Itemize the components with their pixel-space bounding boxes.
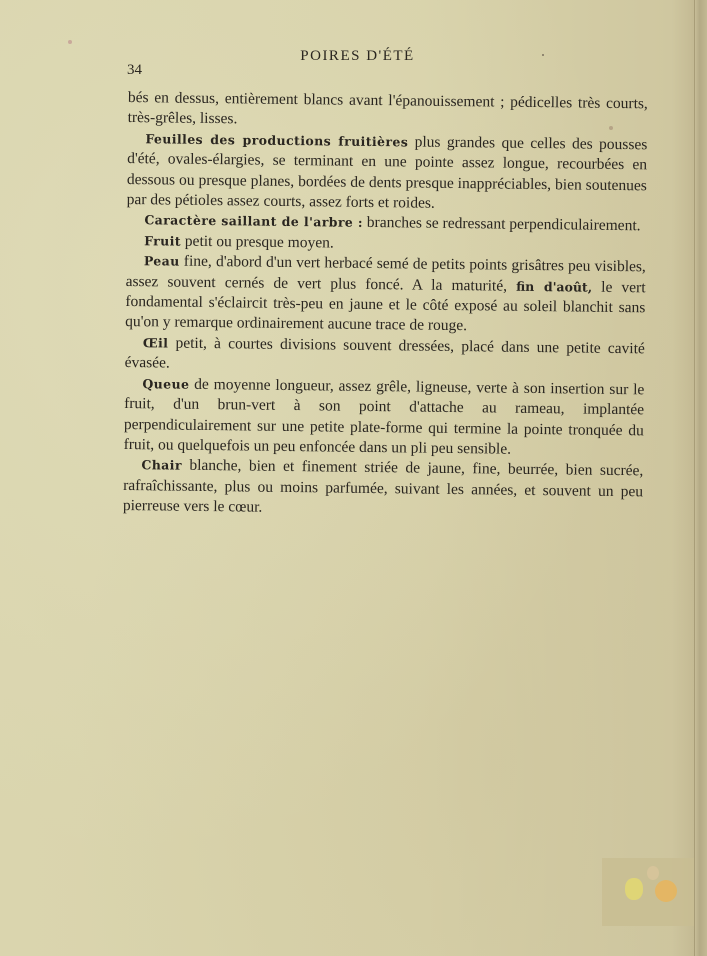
paragraph-label: Feuilles des productions fruitières <box>145 131 408 149</box>
paragraph-label: Fruit <box>144 233 181 248</box>
paragraph-oeil: Œil petit, à courtes divisions souvent d… <box>125 333 645 380</box>
paragraph-text: petit, à courtes divisions souvent dress… <box>125 334 645 371</box>
paragraph-text: blanche, bien et finement striée de jaun… <box>123 457 644 516</box>
body-text: bés en dessus, entièrement blancs avant … <box>123 88 648 523</box>
paragraph-chair: Chair blanche, bien et finement striée d… <box>123 455 644 523</box>
paragraph-text: branches se redressant perpendiculaireme… <box>363 214 641 234</box>
paragraph-continuation: bés en dessus, entièrement blancs avant … <box>128 88 648 135</box>
paper-stain <box>609 126 613 130</box>
paper-stain <box>68 40 72 44</box>
bleed-through-fruit-shape <box>655 880 677 902</box>
bleed-through-fruit-shape <box>647 866 659 880</box>
paper-stain <box>542 54 544 56</box>
paragraph-text: bés en dessus, entièrement blancs avant … <box>128 89 648 128</box>
inline-bold-date: fin d'août, <box>516 278 592 294</box>
running-head: POIRES D'ÉTÉ <box>4 48 707 65</box>
bleed-through-fruit-shape <box>625 878 643 900</box>
paragraph-text: petit ou presque moyen. <box>181 233 334 252</box>
paragraph-label: Œil <box>143 335 169 350</box>
paragraph-queue: Queue de moyenne longueur, assez grêle, … <box>124 374 645 462</box>
paragraph-label: Queue <box>142 376 189 392</box>
paragraph-label: Chair <box>141 458 182 473</box>
paragraph-text: de moyenne longueur, assez grêle, ligneu… <box>124 375 645 457</box>
paragraph-peau: Peau fine, d'abord d'un vert herbacé sem… <box>125 251 646 339</box>
page-number: 34 <box>127 62 142 79</box>
paragraph-feuilles: Feuilles des productions fruitières plus… <box>127 129 648 217</box>
paragraph-label: Caractère saillant de l'arbre : <box>144 213 363 231</box>
bleed-through-image <box>602 858 694 926</box>
paragraph-label: Peau <box>144 253 180 268</box>
page-edge <box>694 0 707 956</box>
